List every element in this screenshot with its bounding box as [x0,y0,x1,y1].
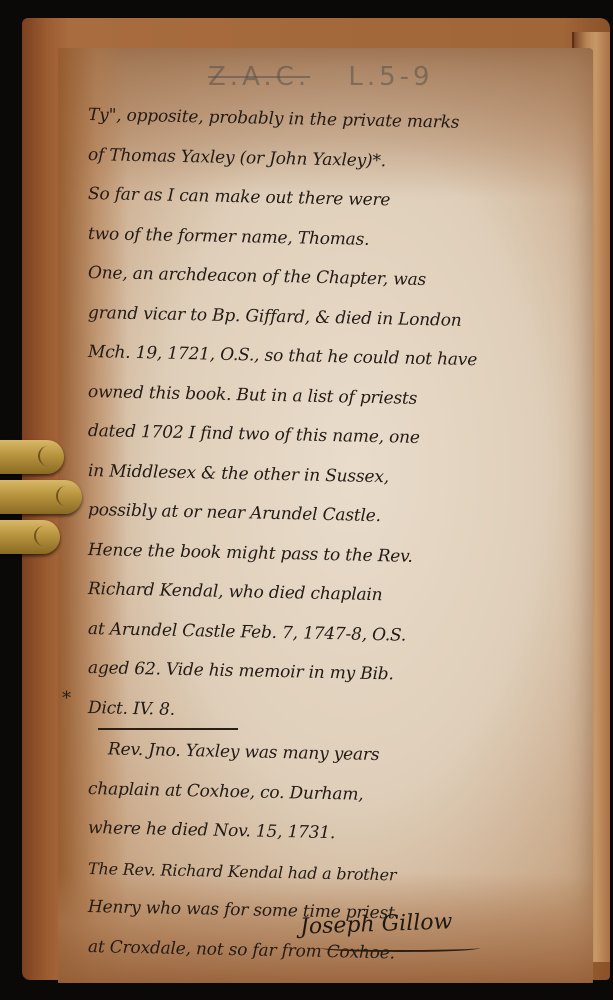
signature: Joseph Gillow [300,909,453,939]
footnote-marker: * [62,688,71,709]
brass-page-clip [0,432,90,562]
clip-finger-icon [0,440,64,474]
shelfmark-current: L.5-9 [348,62,433,92]
shelfmark: Z.A.C. L.5-9 [208,62,434,92]
inscription-body: Ty", opposite, probably in the private m… [88,96,578,967]
signature-flourish [320,944,480,952]
clip-finger-icon [0,480,82,514]
book-cover: Z.A.C. L.5-9 Ty", opposite, probably in … [22,18,610,980]
flyleaf-page: Z.A.C. L.5-9 Ty", opposite, probably in … [58,48,593,983]
shelfmark-struck: Z.A.C. [208,62,310,92]
clip-finger-icon [0,520,60,554]
